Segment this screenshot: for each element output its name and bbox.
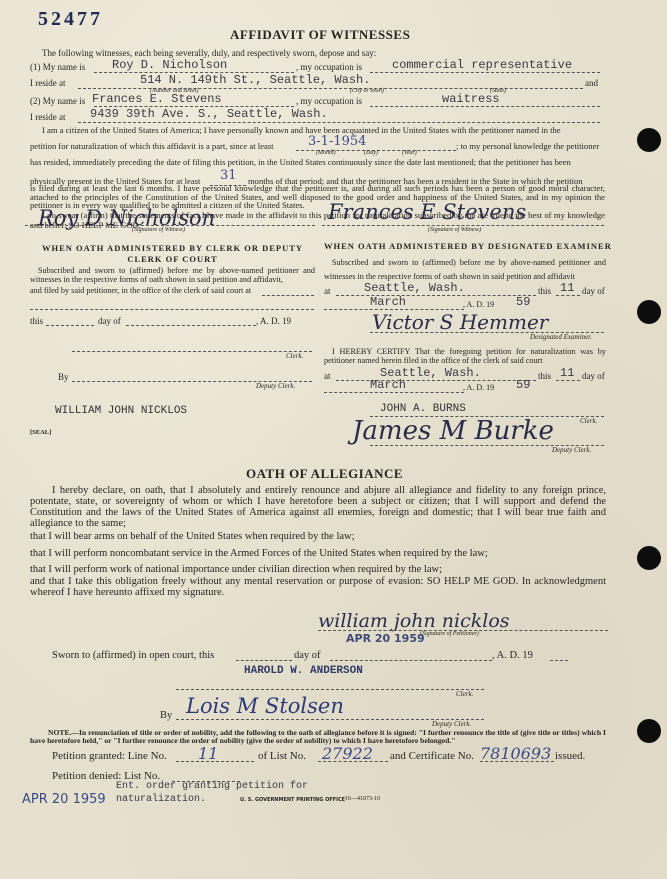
caption-signature-witness-1: (Signature of Witness) xyxy=(132,227,185,233)
examiner-day-of-label: day of xyxy=(582,286,605,296)
intro-text: The following witnesses, each being seve… xyxy=(42,48,376,58)
oath-paragraph-1: I hereby declare, on oath, that I absolu… xyxy=(30,485,606,529)
examiner-clerk-caption: Clerk. xyxy=(580,417,597,425)
clerk-text-1: Subscribed and sworn to (affirmed) befor… xyxy=(30,267,315,284)
examiner-section-heading: WHEN OATH ADMINISTERED BY DESIGNATED EXA… xyxy=(324,241,612,251)
oath-paragraph-3: that I will perform noncombatant service… xyxy=(30,548,488,559)
clerk-section-heading: WHEN OATH ADMINISTERED BY CLERK OR DEPUT… xyxy=(30,243,315,265)
caption-year: (Year) xyxy=(402,150,417,156)
certify-this-label: this xyxy=(538,371,551,381)
witness1-occupation-label: , my occupation is xyxy=(296,62,362,72)
caption-signature-petitioner: (Signature of Petitioner) xyxy=(420,631,479,637)
witness2-signature: Frances E Stevens xyxy=(328,200,526,224)
acquainted-since-date: 3-1-1954 xyxy=(308,134,366,149)
open-court-ad-label: , A. D. 19 xyxy=(492,650,533,661)
hole-punch-1 xyxy=(637,128,661,152)
caption-month: (Month) xyxy=(316,150,336,156)
examiner-at-label: at xyxy=(324,286,331,296)
deputy-clerk-caption-right: Deputy Clerk. xyxy=(552,446,591,454)
witness1-reside-label: I reside at xyxy=(30,78,65,88)
examiner-signature: Victor S Hemmer xyxy=(372,310,548,334)
caption-signature-witness-2: (Signature of Witness) xyxy=(428,227,481,233)
examiner-ad-label: , A. D. 19 xyxy=(463,300,494,309)
open-court-sworn-label: Sworn to (affirmed) in open court, this xyxy=(52,650,214,661)
certify-text: I HEREBY CERTIFY That the foregoing peti… xyxy=(324,347,606,365)
form-code: 16—41073-10 xyxy=(345,796,380,802)
open-court-clerk-caption: Clerk. xyxy=(456,690,473,698)
order-text-2: naturalization. xyxy=(116,794,206,805)
witness2-occupation-label: , my occupation is xyxy=(296,96,362,106)
clerk-text-2: and filed by said petitioner, in the off… xyxy=(30,286,251,295)
list-number: 27922 xyxy=(322,744,373,763)
hole-punch-4 xyxy=(637,719,661,743)
certify-at-label: at xyxy=(324,371,331,381)
witness1-name-label: (1) My name is xyxy=(30,62,85,72)
certificate-number: 7810693 xyxy=(480,744,551,763)
oath-title: OATH OF ALLEGIANCE xyxy=(246,466,403,482)
printer-credit: U. S. GOVERNMENT PRINTING OFFICE xyxy=(240,797,345,803)
clerk-this-label: this xyxy=(30,316,43,326)
certify-day-of-label: day of xyxy=(582,371,605,381)
open-court-day-of-label: day of xyxy=(294,650,321,661)
examiner-day: 11 xyxy=(560,281,574,295)
examiner-text-1: Subscribed and sworn to (affirmed) befor… xyxy=(324,256,606,284)
issued-label: issued. xyxy=(555,750,585,762)
witness2-name-label: (2) My name is xyxy=(30,96,85,106)
witness1-address: 514 N. 149th St., Seattle, Wash. xyxy=(140,73,370,87)
clerk-typed-name: JOHN A. BURNS xyxy=(380,403,466,415)
open-court-deputy-signature: Lois M Stolsen xyxy=(186,694,344,718)
order-text-1: Ent. order granting petition for xyxy=(116,781,308,792)
clerk-caption: Clerk. xyxy=(286,352,303,360)
examiner-month: March xyxy=(370,295,406,309)
certify-day: 11 xyxy=(560,366,574,380)
deputy-clerk-caption-left: Deputy Clerk. xyxy=(256,382,295,390)
open-court-by-label: By xyxy=(160,710,172,721)
open-court-clerk-typed: HAROLD W. ANDERSON xyxy=(244,665,363,677)
examiner-caption: Designated Examiner. xyxy=(530,333,592,341)
certify-year: 59 xyxy=(516,378,530,392)
file-number: 52477 xyxy=(38,8,103,31)
witness2-reside-label: I reside at xyxy=(30,112,65,122)
witness1-occupation: commercial representative xyxy=(392,58,572,72)
certificate-number-label: and Certificate No. xyxy=(390,750,474,762)
examiner-place: Seattle, Wash. xyxy=(364,281,465,295)
witness1-name: Roy D. Nicholson xyxy=(112,58,227,72)
oath-paragraph-5: and that I take this obligation freely w… xyxy=(30,576,606,598)
affidavit-line3: has resided, immediately preceding the d… xyxy=(30,157,571,167)
witness1-and: and xyxy=(585,78,598,88)
certify-month: March xyxy=(370,378,406,392)
list-number-label: of List No. xyxy=(258,750,306,762)
witness2-name: Frances E. Stevens xyxy=(92,92,222,106)
oath-date-stamp: APR 20 1959 xyxy=(346,632,425,645)
oath-paragraph-4: that I will perform work of national imp… xyxy=(30,564,442,575)
witness2-address: 9439 39th Ave. S., Seattle, Wash. xyxy=(90,107,328,121)
hole-punch-3 xyxy=(637,546,661,570)
deputy-clerk-signature-right: James M Burke xyxy=(352,416,554,446)
oath-paragraph-2: that I will bear arms on behalf of the U… xyxy=(30,531,355,542)
examiner-this-label: this xyxy=(538,286,551,296)
nobility-note: NOTE.—In renunciation of title or order … xyxy=(30,729,606,745)
hole-punch-2 xyxy=(637,300,661,324)
certify-ad-label: , A. D. 19 xyxy=(463,383,494,392)
disposition-date-stamp: APR 20 1959 xyxy=(22,792,106,807)
affidavit-line2a: petition for naturalization of which thi… xyxy=(30,141,274,151)
clerk-heading-text: WHEN OATH ADMINISTERED BY CLERK OR DEPUT… xyxy=(42,243,303,264)
clerk-day-of-label: day of xyxy=(98,316,121,326)
caption-day: (Day) xyxy=(364,150,378,156)
petitioner-typed-name: WILLIAM JOHN NICKLOS xyxy=(55,405,187,417)
witness1-signature: Roy D Nicholson xyxy=(38,206,215,230)
examiner-year: 59 xyxy=(516,295,530,309)
line-number: 11 xyxy=(198,744,218,763)
witness2-occupation: waitress xyxy=(442,92,500,106)
seal-label: [SEAL] xyxy=(30,429,51,436)
caption-city: (City or town) xyxy=(350,88,384,94)
open-court-deputy-caption: Deputy Clerk. xyxy=(432,720,471,728)
petitioner-signature: william john nicklos xyxy=(318,610,510,632)
affidavit-title: AFFIDAVIT OF WITNESSES xyxy=(230,27,410,43)
months-present: 31 xyxy=(220,168,237,183)
petition-granted-label: Petition granted: Line No. xyxy=(52,750,167,762)
document-page: 52477 AFFIDAVIT OF WITNESSES The followi… xyxy=(0,0,667,879)
affidavit-line1: I am a citizen of the United States of A… xyxy=(42,125,561,135)
clerk-ad-label: , A. D. 19 xyxy=(256,316,291,326)
affidavit-line2b: ; to my personal knowledge the petitione… xyxy=(456,141,599,151)
clerk-by-label: By xyxy=(58,372,69,382)
